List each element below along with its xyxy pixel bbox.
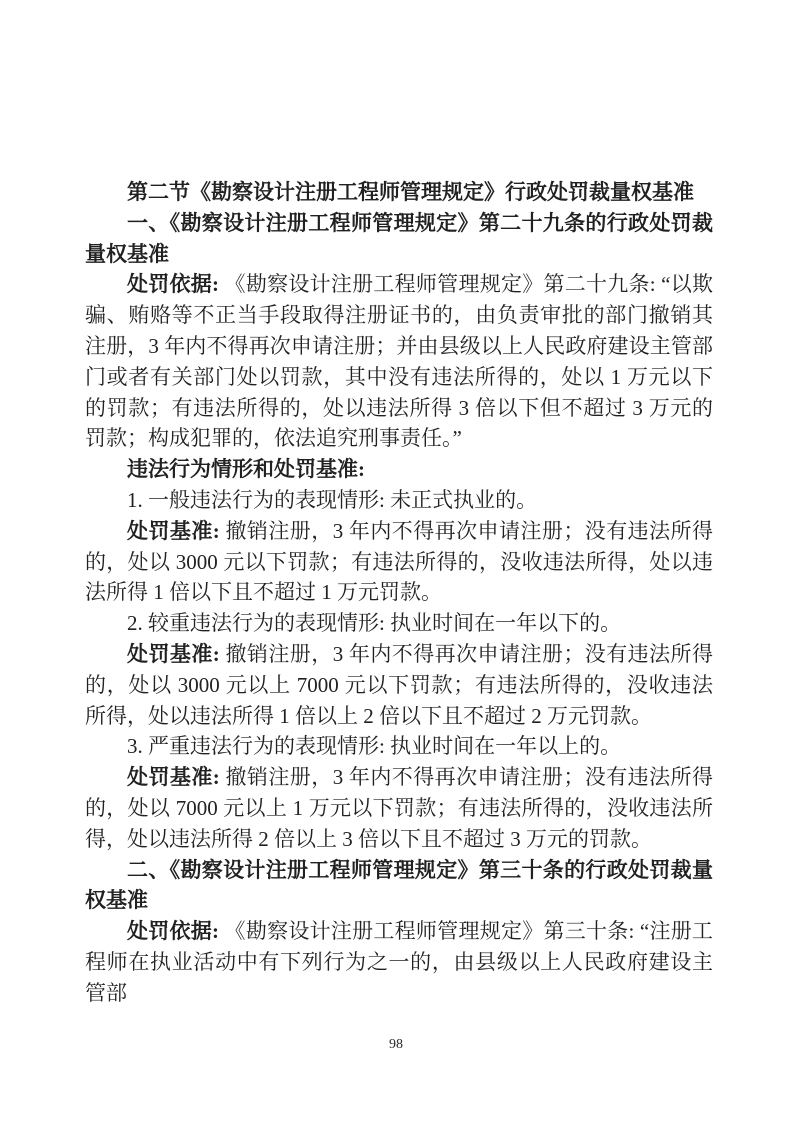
penalty-basis-article29: 处罚依据: 《勘察设计注册工程师管理规定》第二十九条: “以欺骗、贿赂等不正当手… [85, 269, 713, 454]
page-number: 98 [0, 1036, 792, 1054]
body-text: 2. 较重违法行为的表现情形: 执业时间在一年以下的。 [127, 611, 621, 635]
violation-criteria-heading: 违法行为情形和处罚基准: [85, 454, 713, 485]
bold-label-text: 处罚依据: [127, 272, 219, 296]
penalty-basis-article30: 处罚依据: 《勘察设计注册工程师管理规定》第三十条: “注册工程师在执业活动中有… [85, 916, 713, 1008]
bold-label-text: 处罚基准: [127, 642, 220, 666]
subsection-heading-article29: 一、《勘察设计注册工程师管理规定》第二十九条的行政处罚裁量权基准 [85, 208, 713, 270]
bold-label-text: 处罚基准: [127, 519, 220, 543]
severe-violation-item: 3. 严重违法行为的表现情形: 执业时间在一年以上的。 [85, 731, 713, 762]
bold-label-text: 处罚依据: [127, 919, 219, 943]
bold-label-text: 处罚基准: [127, 765, 220, 789]
penalty-standard-general: 处罚基准: 撤销注册，3 年内不得再次申请注册；没有违法所得的，处以 3000 … [85, 516, 713, 608]
subsection-heading-article30: 二、《勘察设计注册工程师管理规定》第三十条的行政处罚裁量权基准 [85, 855, 713, 917]
penalty-standard-severe: 处罚基准: 撤销注册，3 年内不得再次申请注册；没有违法所得的，处以 7000 … [85, 762, 713, 854]
bold-label-text: 违法行为情形和处罚基准: [127, 457, 365, 481]
document-page: 第二节《勘察设计注册工程师管理规定》行政处罚裁量权基准一、《勘察设计注册工程师管… [0, 0, 792, 1121]
bold-label-text: 二、《勘察设计注册工程师管理规定》第三十条的行政处罚裁量权基准 [85, 858, 713, 913]
body-text: 《勘察设计注册工程师管理规定》第二十九条: “以欺骗、贿赂等不正当手段取得注册证… [85, 272, 713, 450]
moderate-violation-item: 2. 较重违法行为的表现情形: 执业时间在一年以下的。 [85, 608, 713, 639]
bold-label-text: 一、《勘察设计注册工程师管理规定》第二十九条的行政处罚裁量权基准 [85, 211, 713, 266]
bold-label-text: 第二节《勘察设计注册工程师管理规定》行政处罚裁量权基准 [127, 180, 694, 204]
penalty-standard-moderate: 处罚基准: 撤销注册，3 年内不得再次申请注册；没有违法所得的，处以 3000 … [85, 639, 713, 731]
body-text: 1. 一般违法行为的表现情形: 未正式执业的。 [127, 488, 537, 512]
section-title: 第二节《勘察设计注册工程师管理规定》行政处罚裁量权基准 [85, 177, 713, 208]
body-text: 3. 严重违法行为的表现情形: 执业时间在一年以上的。 [127, 734, 621, 758]
document-body: 第二节《勘察设计注册工程师管理规定》行政处罚裁量权基准一、《勘察设计注册工程师管… [85, 177, 713, 1009]
general-violation-item: 1. 一般违法行为的表现情形: 未正式执业的。 [85, 485, 713, 516]
